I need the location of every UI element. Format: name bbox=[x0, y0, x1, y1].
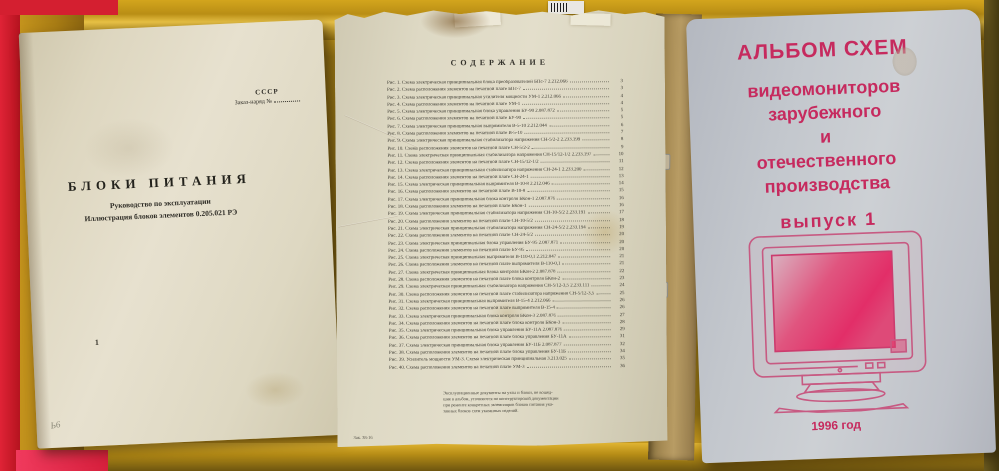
toc-entry-page: 34 bbox=[613, 349, 625, 354]
toc-leader-dots bbox=[527, 191, 609, 193]
toc-leader-dots bbox=[558, 256, 610, 257]
toc-list: Рис. 1. Схема электрическая принципиальн… bbox=[387, 79, 625, 373]
toc-leader-dots bbox=[523, 118, 609, 120]
toc-entry-page: 36 bbox=[613, 364, 625, 369]
toc-entry-page: 35 bbox=[613, 356, 625, 361]
toc-entry-page: 6 bbox=[611, 123, 623, 128]
toc-entry-label: Рис. 39. Усилитель мощности УМ-3. Схема … bbox=[389, 357, 567, 363]
toc-leader-dots bbox=[596, 293, 610, 294]
toc-entry-page: 21 bbox=[612, 262, 624, 267]
stain bbox=[83, 116, 176, 180]
toc-entry-page: 10 bbox=[611, 152, 623, 157]
toc-entry-page: 31 bbox=[613, 335, 625, 340]
toc-entry-label: Рис. 21. Схема электрическая принципиаль… bbox=[388, 225, 586, 231]
toc-entry-label: Рис. 4. Схема расположения элементов на … bbox=[387, 102, 520, 108]
stray-mark: 1 bbox=[95, 338, 99, 347]
toc-entry-label: Рис. 19. Схема электрическая принципиаль… bbox=[388, 211, 586, 217]
toc-entry-page: 26 bbox=[612, 298, 624, 303]
toc-footnote: Эксплуатационные документы на узлы и бло… bbox=[443, 390, 571, 415]
toc-entry-page: 8 bbox=[611, 138, 623, 143]
toc-leader-dots bbox=[562, 278, 610, 279]
toc-entry-label: Рис. 24. Схема расположения элементов на… bbox=[388, 248, 524, 254]
toc-entry-label: Рис. 37. Схема электрическая принципиаль… bbox=[389, 342, 562, 348]
toc-entry-label: Рис. 36. Схема расположения элементов на… bbox=[389, 335, 567, 341]
toc-entry-page: 15 bbox=[612, 189, 624, 194]
toc-leader-dots bbox=[564, 344, 611, 345]
print-order-mark: Зак. 38-16 bbox=[353, 435, 372, 440]
toc-leader-dots bbox=[527, 366, 611, 368]
red-background-strip bbox=[0, 0, 20, 471]
toc-entry-label: Рис. 25. Схема электрическая принципиаль… bbox=[388, 255, 556, 261]
toc-leader-dots bbox=[593, 154, 609, 155]
toc-leader-dots bbox=[560, 242, 610, 243]
toc-entry-label: Рис. 22. Схема расположения элементов на… bbox=[388, 233, 533, 239]
toc-entry-label: Рис. 18. Схема расположения элементов на… bbox=[388, 204, 527, 210]
toc-entry-label: Рис. 31. Схема электрическая принципиаль… bbox=[388, 299, 550, 305]
red-background-top bbox=[0, 0, 118, 15]
toc-leader-dots bbox=[557, 198, 610, 199]
toc-entry-page: 4 bbox=[611, 101, 623, 106]
toc-leader-dots bbox=[549, 125, 609, 126]
toc-leader-dots bbox=[528, 205, 609, 207]
toc-leader-dots bbox=[523, 89, 609, 91]
toc-leader-dots bbox=[552, 183, 610, 184]
toc-leader-dots bbox=[564, 329, 611, 330]
toc-entry-page: 3 bbox=[611, 79, 623, 84]
toc-entry-page: 16 bbox=[612, 196, 624, 201]
barcode-sticker-icon bbox=[548, 1, 584, 14]
toc-leader-dots bbox=[558, 315, 611, 316]
toc-entry-label: Рис. 15. Схема электрическая принципиаль… bbox=[388, 182, 550, 188]
toc-entry-label: Рис. 6. Схема расположения элементов на … bbox=[387, 116, 521, 122]
toc-entry-page: 5 bbox=[611, 108, 623, 113]
toc-leader-dots bbox=[588, 227, 610, 228]
toc-entry-page: 20 bbox=[612, 232, 624, 237]
toc-leader-dots bbox=[526, 249, 610, 251]
toc-entry-page: 23 bbox=[612, 276, 624, 281]
toc-leader-dots bbox=[582, 140, 609, 141]
toc-entry-page: 9 bbox=[611, 145, 623, 150]
toc-entry-label: Рис. 40. Схема расположения элементов на… bbox=[389, 364, 525, 370]
toc-entry-page: 4 bbox=[611, 94, 623, 99]
toc-entry-page: 12 bbox=[612, 167, 624, 172]
toc-entry-page: 26 bbox=[613, 305, 625, 310]
toc-entry-page: 11 bbox=[612, 159, 624, 164]
order-number-label: Заказ-наряд № bbox=[235, 99, 273, 107]
toc-entry-label: Рис. 29. Схема электрическая принципиаль… bbox=[388, 284, 589, 290]
toc-entry-label: Рис. 23. Схема электрическая принципиаль… bbox=[388, 240, 558, 246]
toc-entry-label: Рис. 27. Схема электрическая принципиаль… bbox=[388, 269, 555, 275]
toc-entry-page: 28 bbox=[613, 320, 625, 325]
toc-leader-dots bbox=[563, 96, 609, 97]
toc-entry-page: 27 bbox=[613, 313, 625, 318]
power-supply-manual-cover: СССР Заказ-наряд № БЛОКИ ПИТАНИЯ Руковод… bbox=[19, 19, 342, 448]
album-subtitle: видеомониторовзарубежногоиотечественного… bbox=[688, 72, 963, 202]
toc-leader-dots bbox=[583, 169, 609, 170]
toc-entry-label: Рис. 32. Схема расположения элементов на… bbox=[389, 306, 555, 312]
toc-entry-label: Рис. 7. Схема электрическая принципиальн… bbox=[387, 123, 547, 129]
tape-repair bbox=[570, 13, 610, 26]
toc-entry: Рис. 40. Схема расположения элементов на… bbox=[389, 364, 625, 373]
toc-entry-page: 17 bbox=[612, 210, 624, 215]
toc-entry-label: Рис. 26. Схема расположения элементов на… bbox=[388, 262, 560, 268]
toc-leader-dots bbox=[557, 110, 609, 111]
toc-leader-dots bbox=[568, 351, 611, 352]
toc-entry-label: Рис. 34. Схема расположения элементов на… bbox=[389, 320, 561, 326]
toc-heading: СОДЕРЖАНИЕ bbox=[335, 57, 665, 68]
toc-entry-label: Рис. 35. Схема электрическая принципиаль… bbox=[389, 328, 562, 334]
toc-entry-label: Рис. 8. Схема расположения элементов на … bbox=[387, 131, 522, 137]
toc-entry-label: Рис. 5. Схема электрическая принципиальн… bbox=[387, 109, 555, 115]
toc-leader-dots bbox=[563, 264, 611, 265]
toc-leader-dots bbox=[532, 147, 610, 149]
order-number-blank bbox=[274, 100, 300, 102]
crt-monitor-icon bbox=[735, 227, 942, 421]
toc-entry-page: 24 bbox=[612, 283, 624, 288]
toc-entry-page: 5 bbox=[611, 116, 623, 121]
toc-entry-page: 3 bbox=[611, 86, 623, 91]
toc-leader-dots bbox=[570, 81, 609, 82]
toc-entry-page: 13 bbox=[612, 174, 624, 179]
toc-entry-label: Рис. 12. Схема расположения элементов на… bbox=[388, 160, 539, 166]
toc-entry-label: Рис. 13. Схема электрическая принципиаль… bbox=[388, 167, 582, 173]
toc-entry-page: 20 bbox=[612, 240, 624, 245]
toc-leader-dots bbox=[558, 271, 611, 272]
toc-entry-label: Рис. 9. Схема электрическая принципиальн… bbox=[387, 138, 580, 144]
toc-entry-page: 19 bbox=[612, 225, 624, 230]
toc-entry-page: 29 bbox=[613, 327, 625, 332]
toc-entry-page: 18 bbox=[612, 218, 624, 223]
toc-leader-dots bbox=[541, 162, 610, 163]
toc-leader-dots bbox=[522, 103, 609, 105]
toc-entry-page: 20 bbox=[612, 247, 624, 252]
toc-entry-label: Рис. 33. Схема электрическая принципиаль… bbox=[389, 313, 556, 319]
album-title: АЛЬБОМ СХЕМ bbox=[687, 34, 958, 68]
red-background-bottom bbox=[16, 450, 108, 471]
toc-leader-dots bbox=[535, 234, 610, 236]
toc-entry-page: 32 bbox=[613, 342, 625, 347]
toc-entry-label: Рис. 38. Схема расположения элементов на… bbox=[389, 350, 566, 356]
toc-entry-page: 14 bbox=[612, 181, 624, 186]
album-cover: АЛЬБОМ СХЕМ видеомониторовзарубежногоиот… bbox=[686, 9, 996, 463]
toc-leader-dots bbox=[569, 359, 611, 360]
toc-entry-label: Рис. 3. Схема электрическая принципиальн… bbox=[387, 94, 561, 100]
toc-entry-label: Рис. 17. Схема электрическая принципиаль… bbox=[388, 196, 555, 202]
toc-leader-dots bbox=[588, 213, 610, 214]
toc-entry-label: Рис. 2. Схема расположения элементов на … bbox=[387, 87, 521, 93]
toc-entry-page: 7 bbox=[611, 130, 623, 135]
corner-country-label: СССР bbox=[234, 86, 300, 97]
toc-entry-label: Рис. 14. Схема расположения элементов на… bbox=[388, 175, 529, 181]
toc-entry-label: Рис. 16. Схема расположения элементов на… bbox=[388, 189, 526, 195]
pencil-mark: Ь6 bbox=[50, 419, 61, 431]
toc-leader-dots bbox=[552, 300, 610, 301]
toc-leader-dots bbox=[562, 322, 610, 323]
toc-leader-dots bbox=[569, 337, 611, 338]
toc-leader-dots bbox=[557, 307, 611, 308]
photo-of-documents: СССР Заказ-наряд № БЛОКИ ПИТАНИЯ Руковод… bbox=[0, 0, 999, 471]
toc-entry-label: Рис. 20. Схема расположения элементов на… bbox=[388, 218, 533, 224]
toc-entry-label: Рис. 1. Схема электрическая принципиальн… bbox=[387, 80, 568, 86]
toc-entry-label: Рис. 10. Схема расположения элементов на… bbox=[387, 145, 529, 151]
toc-entry-label: Рис. 30. Схема расположения элементов на… bbox=[388, 291, 594, 297]
order-number-line: Заказ-наряд № bbox=[235, 97, 301, 106]
toc-entry-page: 21 bbox=[612, 254, 624, 259]
toc-entry-page: 16 bbox=[612, 203, 624, 208]
toc-leader-dots bbox=[591, 286, 610, 287]
toc-entry-page: 22 bbox=[612, 269, 624, 274]
toc-page: СОДЕРЖАНИЕ Рис. 1. Схема электрическая п… bbox=[334, 9, 667, 447]
toc-leader-dots bbox=[535, 220, 610, 222]
manual-title: БЛОКИ ПИТАНИЯ bbox=[25, 169, 293, 197]
corner-imprint: СССР Заказ-наряд № bbox=[234, 86, 300, 106]
toc-footnote-line: занных блоков схем указанных изделий. bbox=[443, 407, 571, 414]
toc-leader-dots bbox=[531, 176, 610, 178]
toc-entry-label: Рис. 11. Схема электрическая принципиаль… bbox=[387, 152, 591, 158]
toc-entry-label: Рис. 28. Схема расположения элементов на… bbox=[388, 277, 560, 283]
toc-entry-page: 25 bbox=[612, 291, 624, 296]
toc-leader-dots bbox=[524, 132, 609, 134]
stain bbox=[244, 371, 306, 410]
